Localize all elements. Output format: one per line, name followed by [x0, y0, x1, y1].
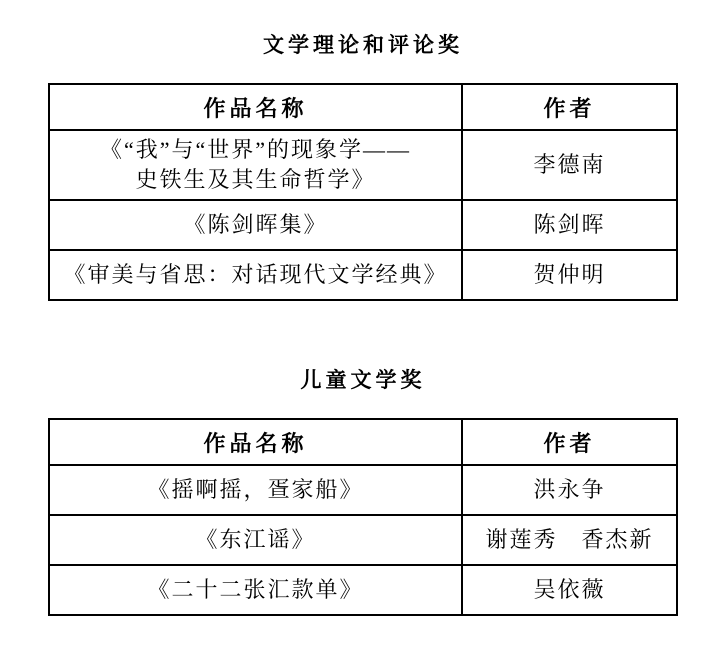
work-title-cell: 《“我”与“世界”的现象学—— 史铁生及其生命哲学》 [49, 130, 462, 200]
table-row: 《东江谣》 谢莲秀 香杰新 [49, 515, 677, 565]
section-title-childrens-literature-award: 儿童文学奖 [0, 368, 726, 392]
work-title-cell: 《二十二张汇款单》 [49, 565, 462, 615]
table-header-row: 作品名称 作者 [49, 419, 677, 465]
author-cell: 贺仲明 [462, 250, 677, 300]
section-literary-theory-award: 文学理论和评论奖 作品名称 作者 《“我”与“世界”的现象学—— 史铁生及其生命… [0, 33, 726, 301]
work-title-cell: 《摇啊摇，疍家船》 [49, 465, 462, 515]
literary-theory-award-table: 作品名称 作者 《“我”与“世界”的现象学—— 史铁生及其生命哲学》 李德南 《… [48, 83, 678, 301]
author-cell: 谢莲秀 香杰新 [462, 515, 677, 565]
table-row: 《“我”与“世界”的现象学—— 史铁生及其生命哲学》 李德南 [49, 130, 677, 200]
table-header-row: 作品名称 作者 [49, 84, 677, 130]
section-title-literary-theory-award: 文学理论和评论奖 [0, 33, 726, 57]
document-page: 文学理论和评论奖 作品名称 作者 《“我”与“世界”的现象学—— 史铁生及其生命… [0, 0, 726, 661]
table-row: 《审美与省思：对话现代文学经典》 贺仲明 [49, 250, 677, 300]
column-header-author: 作者 [462, 419, 677, 465]
column-header-work-title: 作品名称 [49, 419, 462, 465]
section-childrens-literature-award: 儿童文学奖 作品名称 作者 《摇啊摇，疍家船》 洪永争 《东江谣》 谢莲 [0, 368, 726, 616]
column-header-author: 作者 [462, 84, 677, 130]
work-title-cell: 《陈剑晖集》 [49, 200, 462, 250]
table-row: 《陈剑晖集》 陈剑晖 [49, 200, 677, 250]
author-cell: 吴依薇 [462, 565, 677, 615]
work-title-cell: 《东江谣》 [49, 515, 462, 565]
author-cell: 洪永争 [462, 465, 677, 515]
author-cell: 李德南 [462, 130, 677, 200]
column-header-work-title: 作品名称 [49, 84, 462, 130]
work-title-cell: 《审美与省思：对话现代文学经典》 [49, 250, 462, 300]
table-row: 《摇啊摇，疍家船》 洪永争 [49, 465, 677, 515]
childrens-literature-award-table: 作品名称 作者 《摇啊摇，疍家船》 洪永争 《东江谣》 谢莲秀 香杰新 《二十二… [48, 418, 678, 616]
author-cell: 陈剑晖 [462, 200, 677, 250]
table-row: 《二十二张汇款单》 吴依薇 [49, 565, 677, 615]
